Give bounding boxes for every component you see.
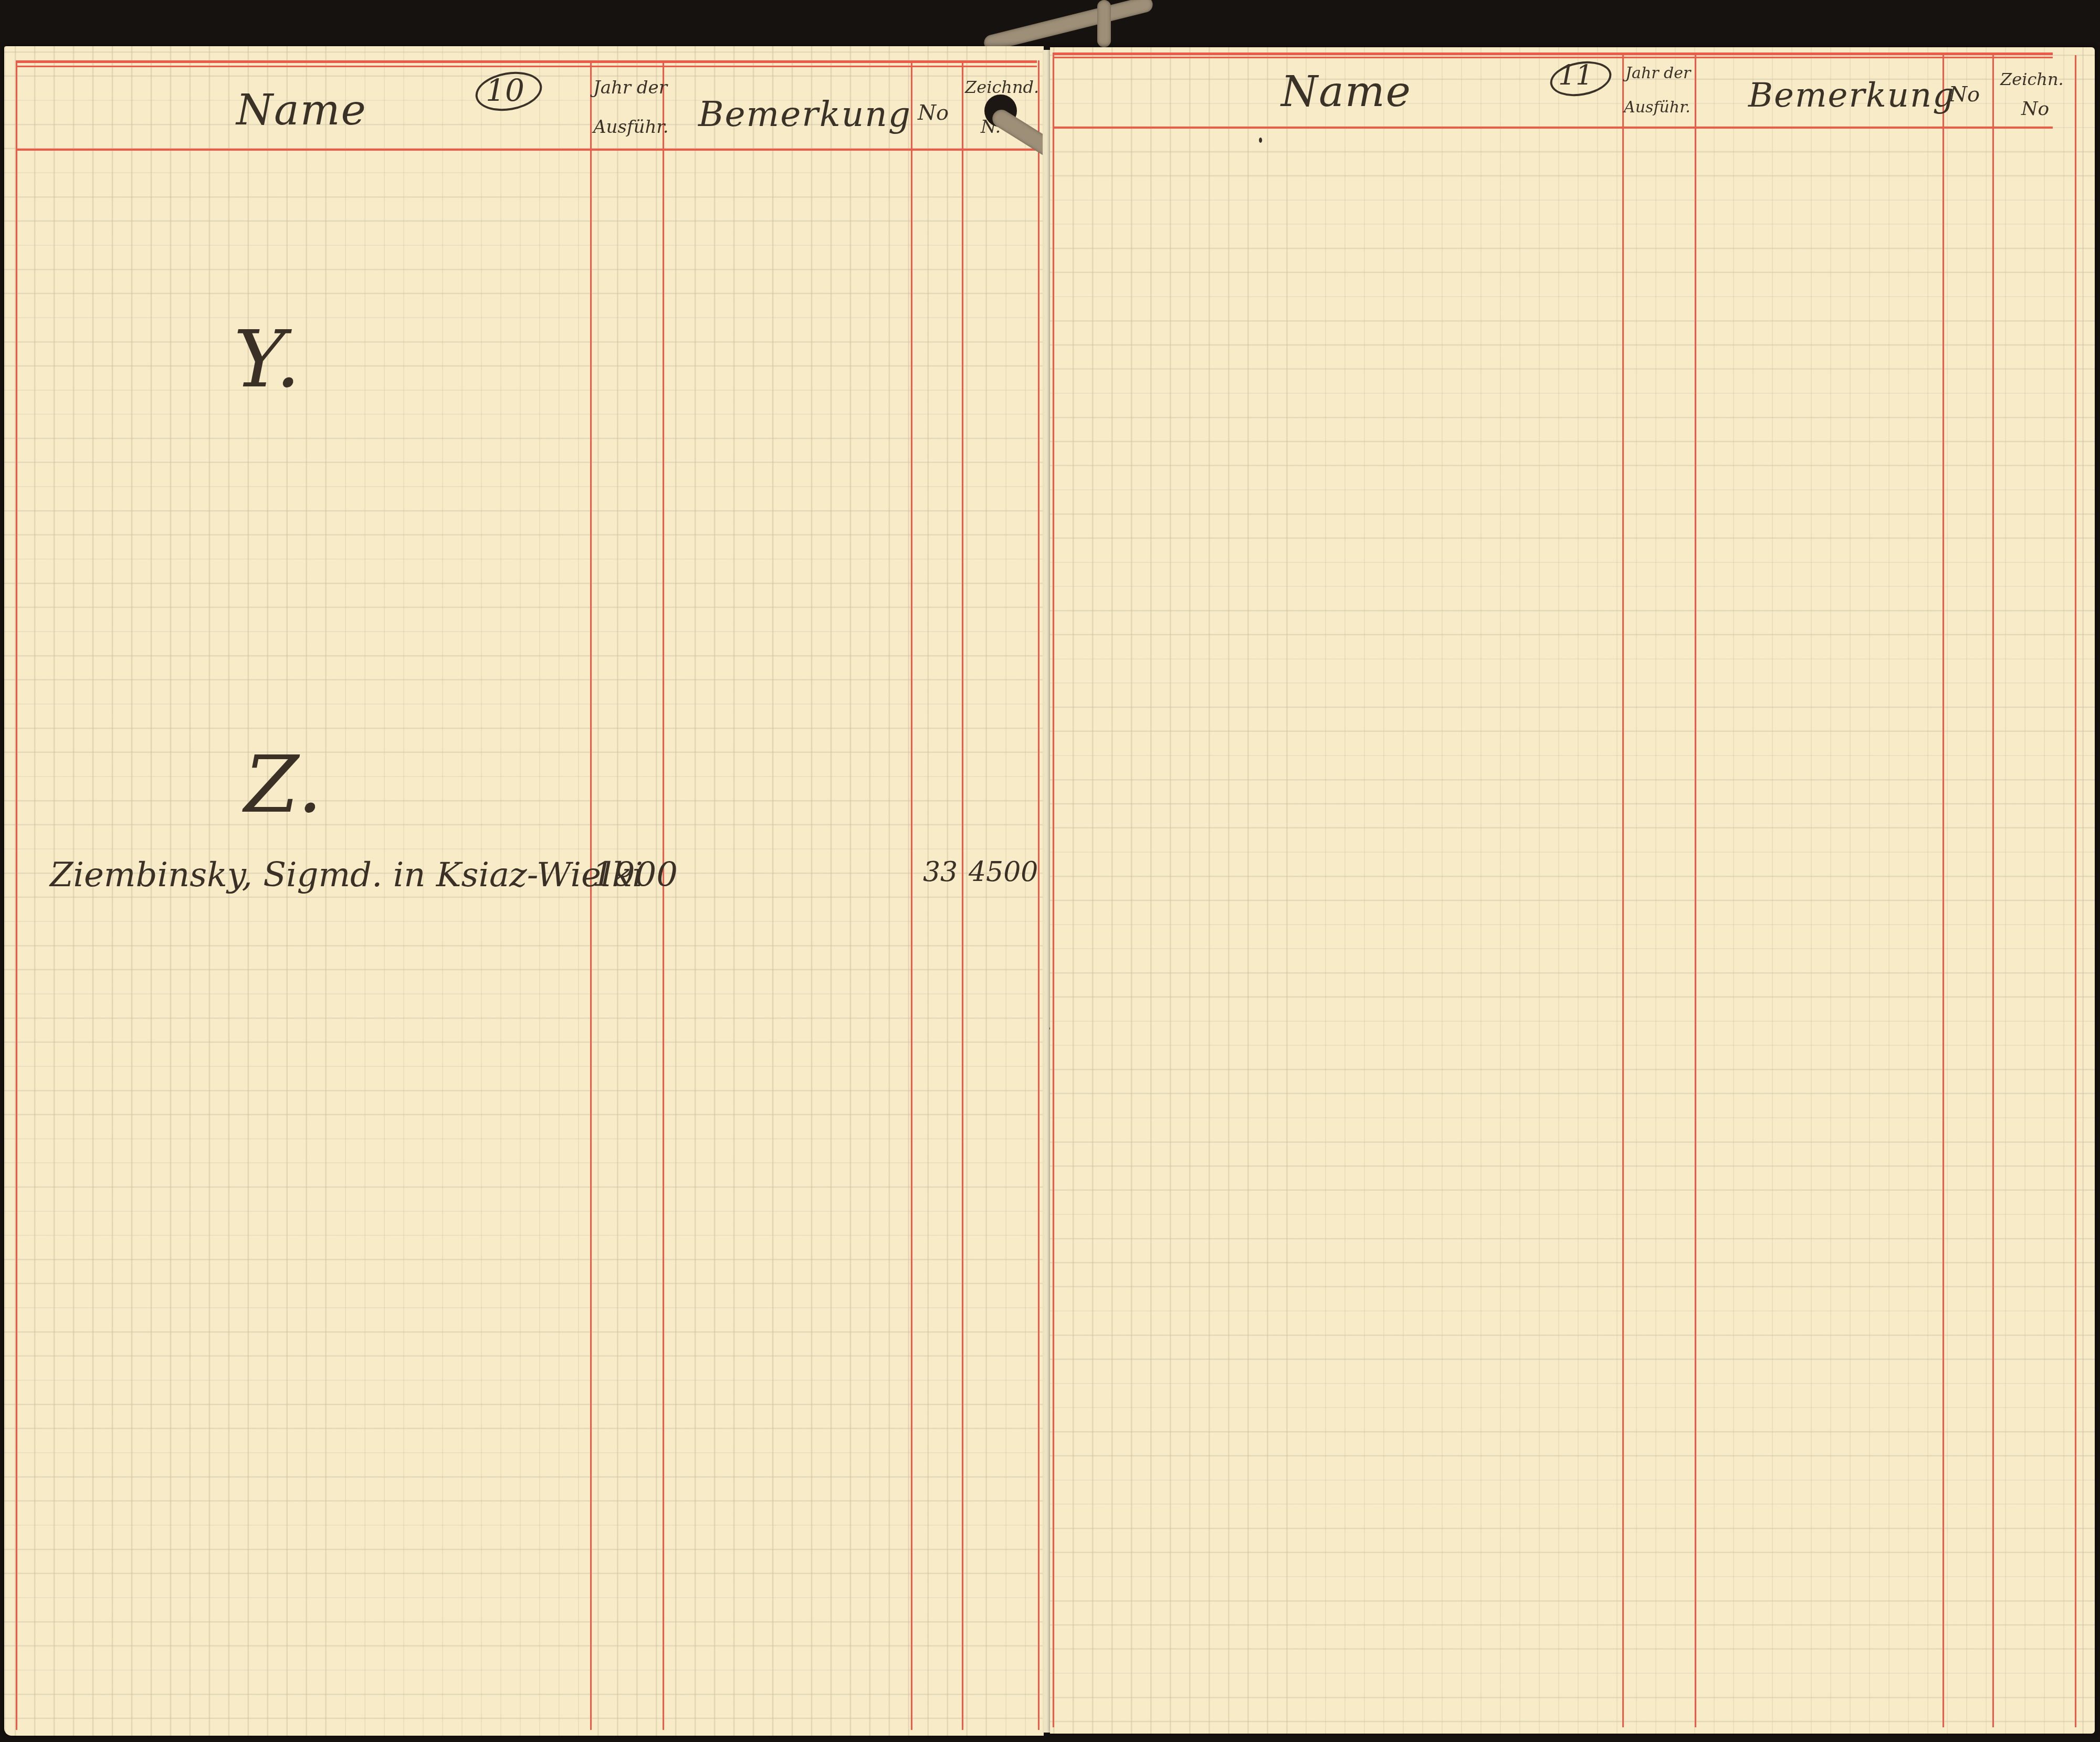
right-header-drawing-line2: No <box>2021 100 2049 119</box>
left-frame-top-outer <box>16 60 1037 63</box>
right-page-number: 11 <box>1558 62 1593 89</box>
left-col-rule-drawing <box>962 63 963 1730</box>
left-header-year-line2: Ausführ. <box>593 118 669 136</box>
section-letter-y: Y. <box>234 320 300 399</box>
left-header-bottom-rule <box>16 149 1037 151</box>
right-header-remark: Bemerkung <box>1748 79 1955 112</box>
right-header-year-line2: Ausführ. <box>1624 100 1690 116</box>
right-frame-top-inner <box>1053 57 2053 58</box>
ink-speck <box>1259 138 1262 143</box>
left-frame-top-inner <box>16 66 1037 67</box>
left-frame-right <box>1038 60 1039 1730</box>
section-letter-z: Z. <box>244 746 322 824</box>
right-page <box>1050 47 2095 1734</box>
left-header-number: No <box>918 102 949 123</box>
row-drawing-no: 4500 <box>969 858 1038 886</box>
left-frame-left <box>16 60 17 1730</box>
left-header-drawing-line1: Zeichnd. <box>965 79 1039 96</box>
right-col-rule-remark <box>1695 55 1696 1727</box>
row-name: Ziembinsky, Sigmd. in Ksiaz-Wielki <box>50 858 643 892</box>
left-page-number: 10 <box>486 75 524 106</box>
right-frame-top-outer <box>1053 53 2053 55</box>
right-header-year-line1: Jahr der <box>1625 66 1690 81</box>
binding-string-top <box>982 0 1154 52</box>
right-col-rule-number <box>1942 55 1944 1727</box>
left-col-rule-number <box>911 63 912 1730</box>
right-frame-left <box>1053 53 1054 1727</box>
row-year: 1900 <box>592 858 678 892</box>
right-col-rule-year <box>1622 55 1624 1727</box>
binding-string-tail <box>1097 0 1111 47</box>
left-header-remark: Bemerkung <box>698 97 911 132</box>
right-header-number: No <box>1949 84 1980 105</box>
left-header-name: Name <box>236 89 367 131</box>
right-frame-right <box>2075 55 2076 1727</box>
row-number: 33 <box>923 858 958 886</box>
right-col-rule-drawing <box>1992 55 1994 1727</box>
right-header-name: Name <box>1281 71 1412 113</box>
left-col-rule-remark <box>663 63 664 1730</box>
left-header-year-line1: Jahr der <box>593 79 667 97</box>
right-header-drawing-line1: Zeichn. <box>2000 71 2064 88</box>
right-header-bottom-rule <box>1053 127 2053 129</box>
left-col-rule-year <box>590 63 592 1730</box>
